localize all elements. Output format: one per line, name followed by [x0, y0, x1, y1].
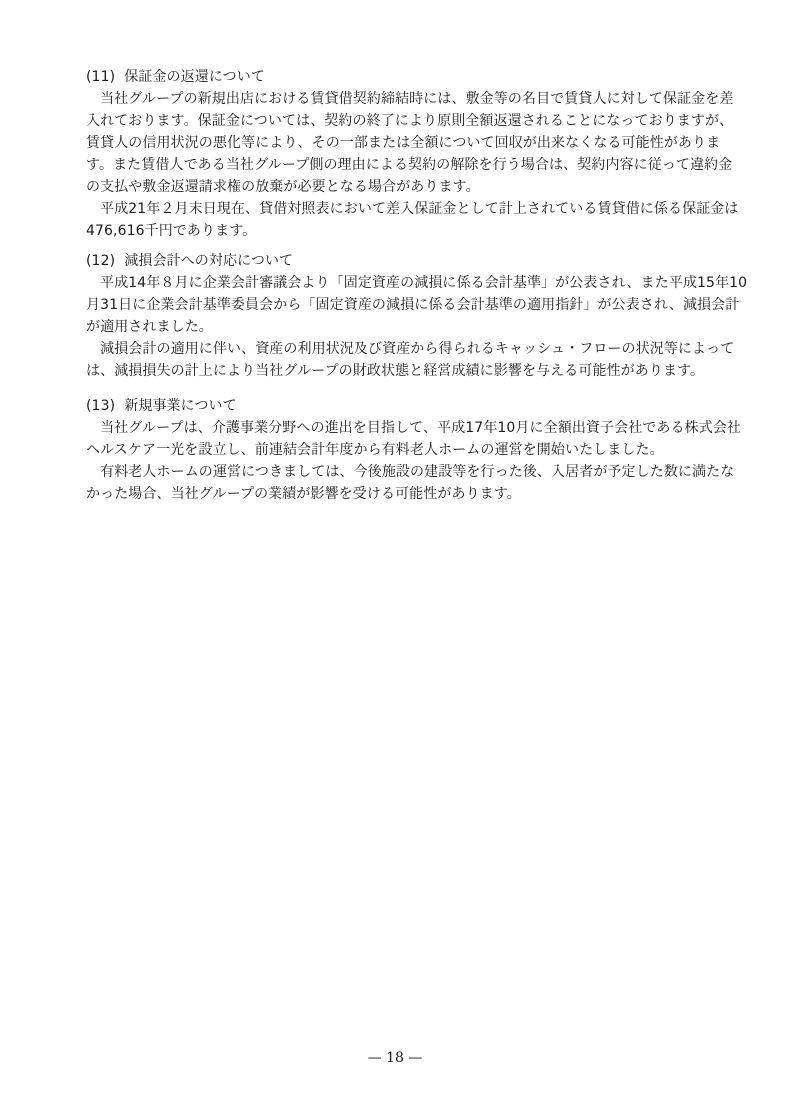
page-number: — 18 — [368, 1050, 423, 1066]
text-line: 賃貸人の信用状況の悪化等により、その一部または全額について回収が出来なくなる可能… [86, 132, 766, 154]
page-footer: — 18 — [0, 1049, 790, 1067]
section-guarantee-deposit-return: (11) 保証金の返還について 当社グループの新規出店における賃貸借契約締結時に… [86, 66, 766, 242]
text-line: す。また賃借人である当社グループ側の理由による契約の解除を行う場合は、契約内容に… [86, 154, 766, 176]
section-heading: (13) 新規事業について [86, 395, 766, 417]
text-line: 平成14年８月に企業会計審議会より「固定資産の減損に係る会計基準」が公表され、ま… [86, 272, 766, 294]
text-line: 減損会計の適用に伴い、資産の利用状況及び資産から得られるキャッシュ・フローの状況… [86, 338, 766, 360]
text-line: 入れております。保証金については、契約の終了により原則全額返還されることになって… [86, 110, 766, 132]
section-heading: (11) 保証金の返還について [86, 66, 766, 88]
text-line: の支払や敷金返還請求権の放棄が必要となる場合があります。 [86, 176, 766, 198]
text-line: 平成21年２月末日現在、貸借対照表において差入保証金として計上されている賃貸借に… [86, 198, 766, 220]
section-impairment-accounting: (12) 減損会計への対応について 平成14年８月に企業会計審議会より「固定資産… [86, 250, 766, 382]
text-line: 月31日に企業会計基準委員会から「固定資産の減損に係る会計基準の適用指針」が公表… [86, 294, 766, 316]
text-line: 当社グループの新規出店における賃貸借契約締結時には、敷金等の名目で賃貸人に対して… [86, 88, 766, 110]
text-line: 有料老人ホームの運営につきましては、今後施設の建設等を行った後、入居者が予定した… [86, 461, 766, 483]
text-line: が適用されました。 [86, 316, 766, 338]
document-page: (11) 保証金の返還について 当社グループの新規出店における賃貸借契約締結時に… [0, 0, 790, 1118]
text-line: かった場合、当社グループの業績が影響を受ける可能性があります。 [86, 483, 766, 505]
section-heading: (12) 減損会計への対応について [86, 250, 766, 272]
text-line: 当社グループは、介護事業分野への進出を目指して、平成17年10月に全額出資子会社… [86, 417, 766, 439]
section-new-business: (13) 新規事業について 当社グループは、介護事業分野への進出を目指して、平成… [86, 395, 766, 505]
risk-factors-text-block: (11) 保証金の返還について 当社グループの新規出店における賃貸借契約締結時に… [86, 66, 766, 505]
text-line: は、減損損失の計上により当社グループの財政状態と経営成績に影響を与える可能性があ… [86, 360, 766, 382]
text-line: ヘルスケア一光を設立し、前連結会計年度から有料老人ホームの運営を開始いたしました… [86, 439, 766, 461]
text-line: 476,616千円であります。 [86, 220, 766, 242]
